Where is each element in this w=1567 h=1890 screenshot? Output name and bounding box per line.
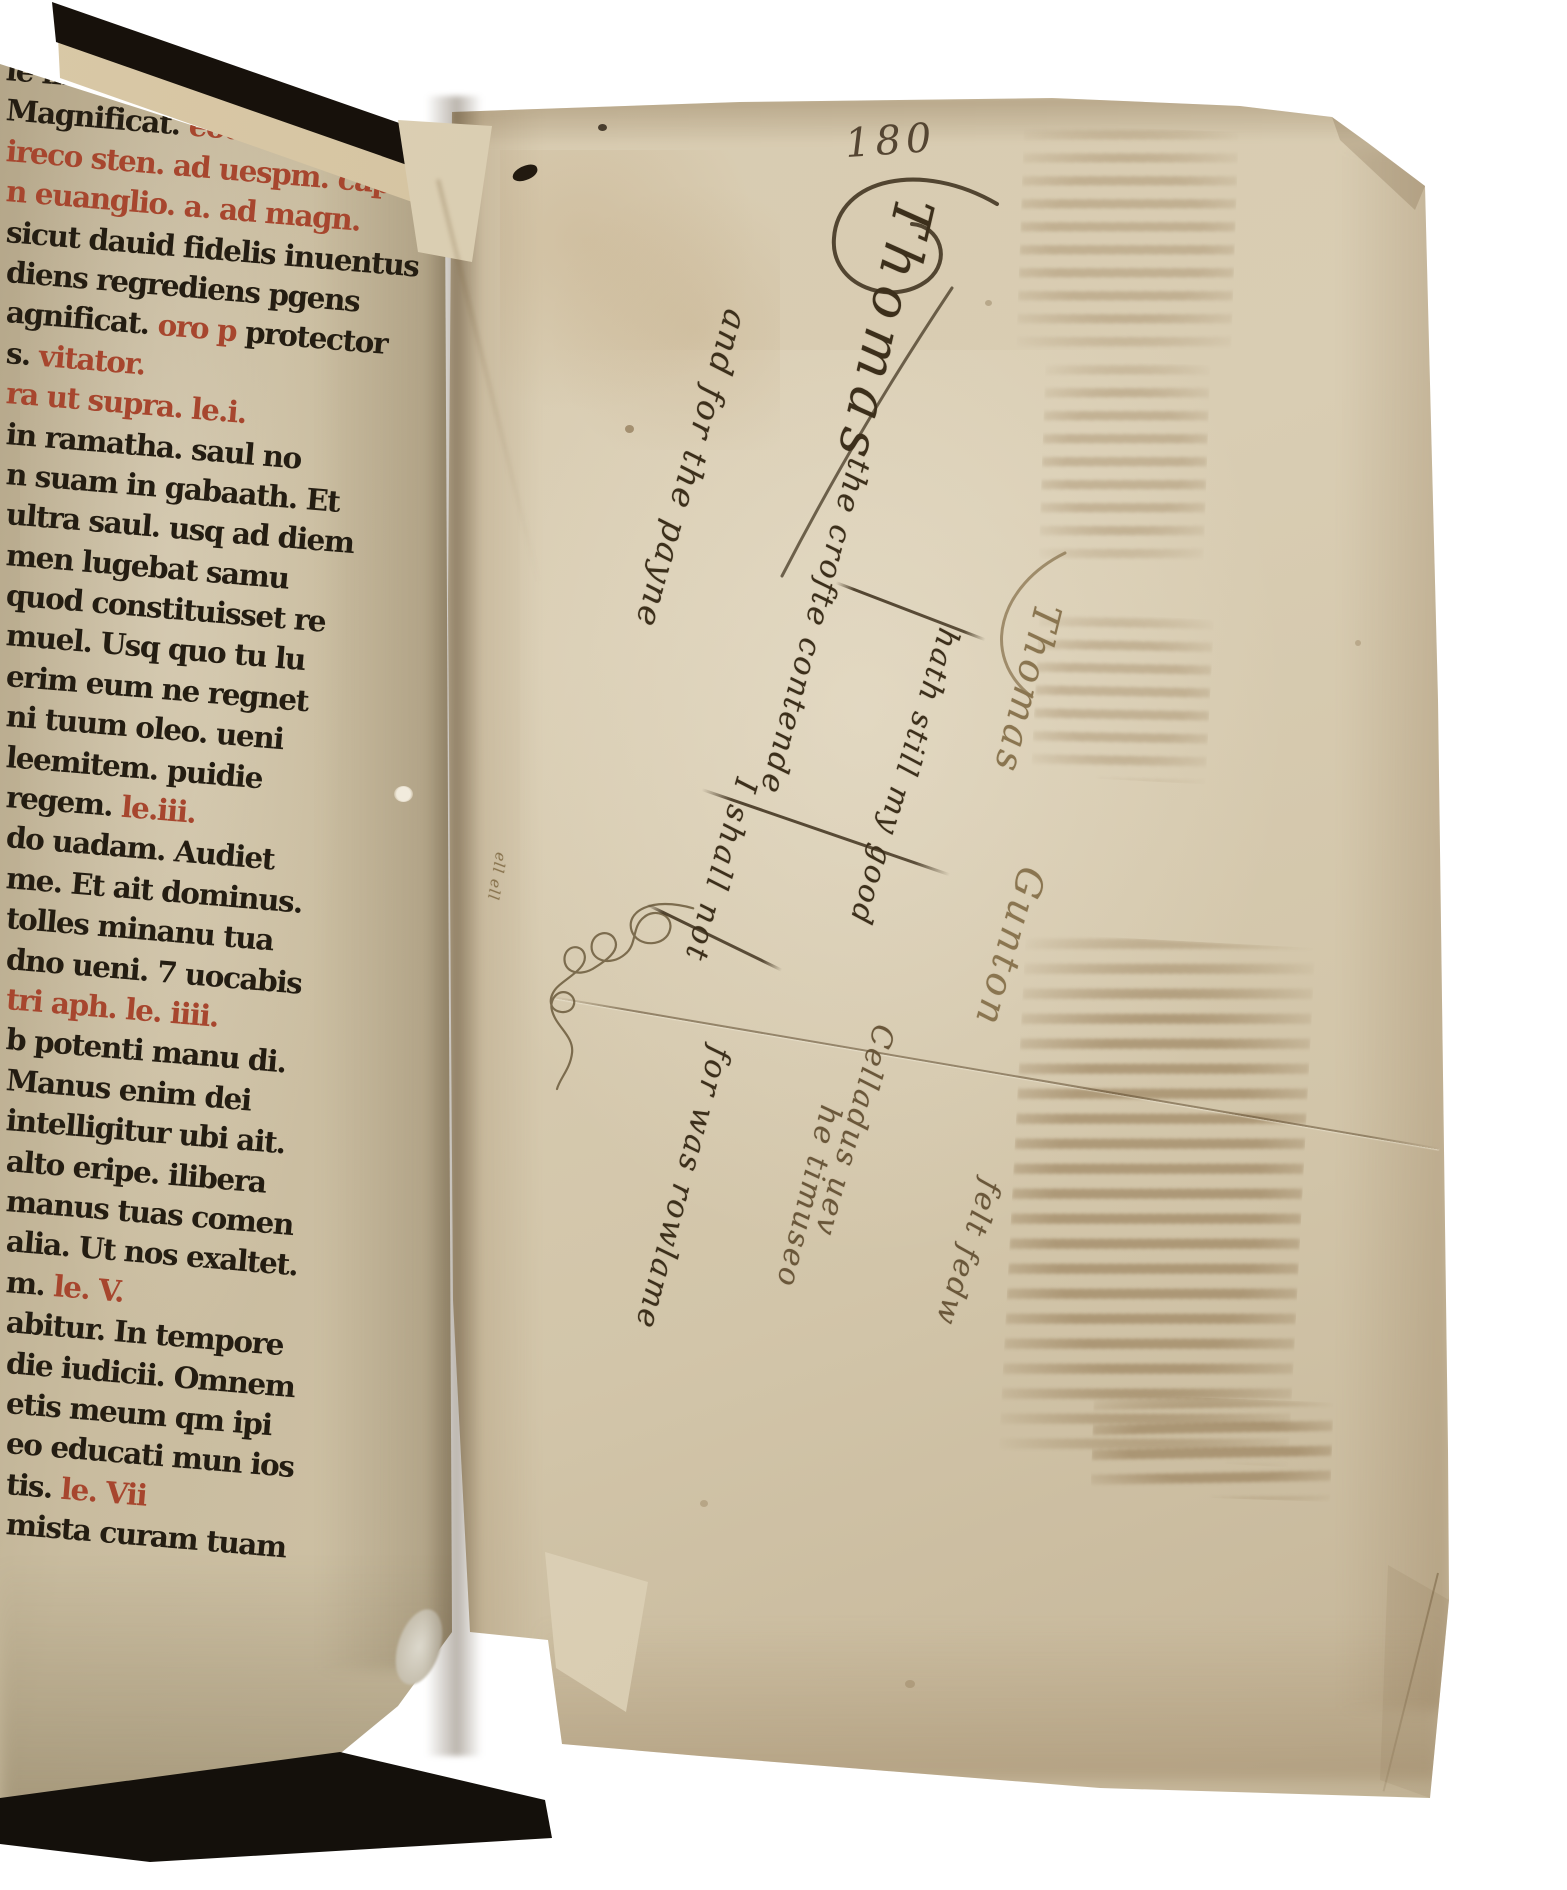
stain-spot xyxy=(625,425,634,433)
folio-number: 180 xyxy=(844,115,938,167)
rubric-text: vitator. xyxy=(38,338,147,382)
stain-spot xyxy=(598,124,607,131)
rubric-text: le. Vii xyxy=(60,1470,148,1512)
right-page-edge-shading xyxy=(1340,150,1450,1710)
wormhole xyxy=(394,786,413,802)
rubric-text: le.iii. xyxy=(120,789,197,830)
bleedthrough-text-block xyxy=(1016,124,1239,356)
gutter-shadow xyxy=(426,96,482,1756)
rubric-text: oro p xyxy=(156,307,246,349)
gothic-text: regem. xyxy=(5,779,123,824)
manuscript-photo: le intrare ut impleatur doMagnificat. eo… xyxy=(0,0,1567,1890)
right-page-bottom-shading xyxy=(540,1620,1440,1780)
bleedthrough-text-block xyxy=(1090,1394,1333,1502)
left-page-text-column: le intrare ut impleatur doMagnificat. eo… xyxy=(6,50,366,1544)
foxing-stains xyxy=(500,150,780,450)
rubric-text: le. V. xyxy=(52,1268,125,1309)
bleedthrough-text-block xyxy=(1039,359,1211,565)
gothic-text: m. xyxy=(5,1264,55,1303)
right-page-top-edge xyxy=(452,95,1427,148)
stain-spot xyxy=(905,1680,915,1688)
gothic-text: s. xyxy=(5,335,41,373)
stain-spot xyxy=(700,1500,708,1507)
bleedthrough-text-block xyxy=(999,933,1316,1467)
gothic-text: tis. xyxy=(5,1466,63,1505)
stain-spot xyxy=(1355,640,1361,646)
